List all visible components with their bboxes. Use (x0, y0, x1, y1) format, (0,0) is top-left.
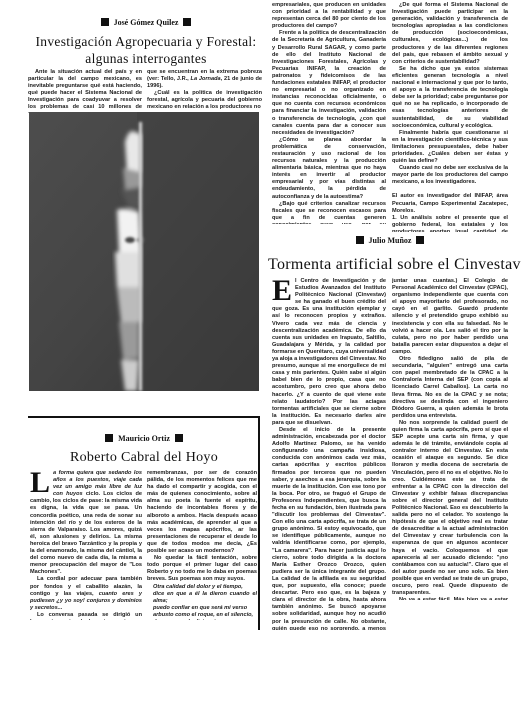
article2-headline: Tormenta artificial sobre el Cinvestav (268, 256, 514, 274)
paragraph: Desde el inicio de la presente administr… (272, 427, 386, 630)
text: ciclo. Los ciclos de cambio, los ciclos … (30, 491, 142, 575)
paragraph: No quedar la fácil tentación, sobre todo… (147, 555, 257, 583)
paragraph: La cordial por adecuar para también por … (30, 576, 142, 611)
paragraph: Ante la situación actual del país y en p… (28, 69, 142, 113)
dropcap-letter: E (272, 279, 292, 303)
article2-column-1: E l Centro de Investigación y de Estudio… (272, 278, 386, 630)
byline-square-right-icon (416, 236, 424, 244)
article1-byline: José Gómez Quilez (28, 18, 264, 27)
paragraph: ¿Bajo qué criterios canalizar recursos f… (272, 201, 386, 224)
byline-square-left-icon (105, 434, 113, 442)
article1-column-3: empresariales, que producen en unidades … (272, 2, 386, 224)
author-name: Mauricio Ortiz (118, 434, 170, 443)
paragraph: ¿Cómo se planea abordar la problemática … (272, 137, 386, 201)
verse-line: arbusto como el roque, en el silencio, (153, 612, 257, 619)
verse-line: puedo confiar en que será mi verso (153, 605, 257, 612)
verse-line: de su goza a la distancia. (153, 619, 257, 620)
article3-byline: Mauricio Ortiz (28, 434, 260, 443)
article-photo (29, 112, 259, 391)
article2-column-2: juntar unas cuantas.) El Colegio de Pers… (392, 278, 508, 600)
article3-column-2: remembranzas, por ser de corazón pálida,… (147, 470, 257, 620)
paragraph: ¿De qué forma el Sistema Nacional de Inv… (392, 2, 508, 66)
paragraph: Cuando casi no debe ser exclusiva de la … (392, 165, 508, 186)
paragraph: ¿Cuál es la política de investigación fo… (147, 90, 262, 111)
paragraph: Frente a la política de descentralizació… (272, 30, 386, 136)
paragraph: Se ha dicho que ya estos sistemas eficie… (392, 66, 508, 130)
byline-square-left-icon (101, 18, 109, 26)
poem-excerpt: Otra calidad del dolor y el tiempo, dice… (147, 584, 257, 621)
headline-line-1: Investigación Agropecuaria y Forestal: (28, 33, 264, 50)
headline-line-2: algunas interrogantes (28, 50, 264, 67)
article1-column-2: que se encuentran en la extrema pobreza … (147, 69, 262, 113)
article1-column-1: Ante la situación actual del país y en p… (28, 69, 142, 113)
byline-square-left-icon (356, 236, 364, 244)
photo-silhouette-figure (29, 112, 259, 391)
article3-column-1: L a forma quiera que sedando los años a … (30, 470, 142, 620)
verse-line: Otra calidad del dolor y el tiempo, (153, 584, 257, 591)
byline-square-right-icon (183, 18, 191, 26)
paragraph: No va a estar fácil. Más bien va a estar… (392, 597, 508, 600)
dropcap-letter: L (30, 471, 50, 495)
article3-headline: Roberto Cabral del Hoyo (28, 449, 260, 467)
paragraph: empresariales, que producen en unidades … (272, 2, 386, 30)
paragraph: Lo conversa pasada se dirigió un homenaj… (30, 612, 142, 620)
paragraph: Finalmente habría que cuestionarse si en… (392, 130, 508, 165)
paragraph: No nos sorprende la calidad pueril de qu… (392, 420, 508, 597)
article1-column-4: ¿De qué forma el Sistema Nacional de Inv… (392, 2, 508, 232)
author-note: El autor es investigador del INIFAP, áre… (392, 193, 508, 214)
article2-byline: Julio Muñoz (272, 236, 508, 245)
paragraph: juntar unas cuantas.) El Colegio de Pers… (392, 278, 508, 356)
paragraph: Otro fidedigno salió de pila de secundar… (392, 356, 508, 420)
author-name: José Gómez Quilez (114, 18, 179, 27)
verse-line: dice en que a él la dieron cuando el alm… (153, 591, 257, 605)
footnote: 1. Un análisis sobre el presente que el … (392, 215, 508, 232)
article1-headline: Investigación Agropecuaria y Forestal: a… (28, 33, 264, 67)
author-name: Julio Muñoz (369, 236, 412, 245)
paragraph: remembranzas, por ser de corazón pálida,… (147, 470, 257, 555)
paragraph: que se encuentran en la extrema pobreza … (147, 69, 262, 90)
newspaper-name: La Jornada (191, 76, 221, 82)
byline-square-right-icon (175, 434, 183, 442)
